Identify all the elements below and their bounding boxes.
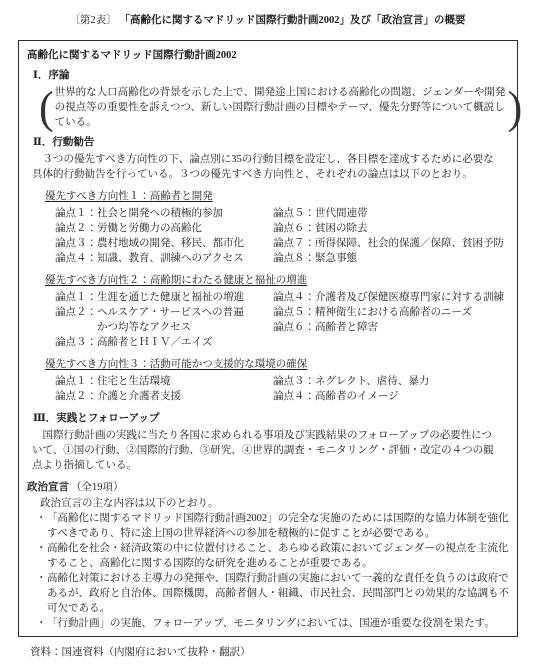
declaration-block: 政治宣言（全19項） 政治宣言の主な内容は以下のとおり。 ・ 「高齢化に関するマ… — [27, 480, 508, 631]
declaration-bullet: ・ 「高齢化に関するマドリッド国際行動計画2002」の完全な実施のためには国際的… — [36, 511, 508, 541]
document-title-text: 「高齢化に関するマドリッド国際行動計画2002」及び「政治宣言」の概要 — [125, 15, 466, 26]
document-title: 〔第2表〕「高齢化に関するマドリッド国際行動計画2002」及び「政治宣言」の概要 — [0, 0, 535, 28]
bullet-marker: ・ — [36, 571, 47, 616]
issue-row: 論点２：労働と労働力の高齢化 論点６：貧困の除去 — [55, 221, 508, 236]
issue-cell-right: 論点５：精神衛生における高齢者のニーズ — [273, 305, 508, 320]
declaration-bullet: ・ 高齢化対策における主導力の発揮や、国際行動計画の実施において一義的な責任を負… — [36, 571, 508, 616]
bullet-text: 高齢化対策における主導力の発揮や、国際行動計画の実施において一義的な責任を負うの… — [47, 571, 511, 616]
document-page: 〔第2表〕「高齢化に関するマドリッド国際行動計画2002」及び「政治宣言」の概要… — [0, 0, 535, 670]
issue-cell-right: 論点５：世代間連帯 — [273, 206, 508, 221]
issue-cell-left: 論点１：住宅と生活環境 — [55, 374, 273, 389]
intro-text: 世界的な人口高齢化の背景を示した上で、開発途上国における高齢化の問題、ジェンダー… — [55, 85, 507, 130]
declaration-heading: 政治宣言（全19項） — [27, 480, 508, 495]
issue-cell-left: 論点２：介護と介護者支援 — [55, 389, 273, 404]
issue-cell-left: かつ均等なアクセス — [55, 320, 273, 335]
issue-cell-right: 論点６：貧困の除去 — [273, 221, 508, 236]
issue-cell-right — [273, 335, 508, 350]
direction-2-heading: 優先すべき方向性２：高齢期にわたる健康と福祉の増進 — [45, 273, 508, 288]
issue-cell-right: 論点６：高齢者と障害 — [273, 320, 508, 335]
issue-cell-right: 論点８：緊急事態 — [273, 251, 508, 266]
issue-cell-right: 論点４：介護者及び保健医療専門家に対する訓練 — [273, 290, 508, 305]
bullet-text: 「高齢化に関するマドリッド国際行動計画2002」の完全な実施のためには国際的な協… — [47, 511, 511, 541]
direction-1-block: 優先すべき方向性１：高齢者と開発 論点１：社会と開発への積極的参加 論点５：世代… — [27, 189, 508, 266]
issue-cell-left: 論点３：農村地域の開発、移民、都市化 — [55, 236, 273, 251]
plan-title: 高齢化に関するマドリッド国際行動計画2002 — [27, 48, 508, 63]
practice-paragraph: 国際行動計画の実践に当たり各国に求められる事項及び実践結果のフォローアップの必要… — [32, 428, 502, 473]
direction-2-block: 優先すべき方向性２：高齢期にわたる健康と福祉の増進 論点１：生涯を通じた健康と福… — [27, 273, 508, 350]
issue-row: 論点１：生涯を通じた健康と福祉の増進 論点４：介護者及び保健医療専門家に対する訓… — [55, 290, 508, 305]
recommendations-paragraph: ３つの優先すべき方向性の下、論点別に35の行動目標を設定し、各目標を達成するため… — [32, 152, 502, 182]
issue-row: 論点３：高齢者とＨＩＶ／エイズ — [55, 335, 508, 350]
section-intro-heading: Ⅰ．序論 — [33, 68, 508, 83]
direction-1-issues: 論点１：社会と開発への積極的参加 論点５：世代間連帯 論点２：労働と労働力の高齢… — [55, 206, 508, 266]
issue-cell-right: 論点４：高齢者のイメージ — [273, 389, 508, 404]
issue-cell-left: 論点２：労働と労働力の高齢化 — [55, 221, 273, 236]
section-practice-heading: Ⅲ．実践とフォローアップ — [33, 411, 508, 426]
issue-cell-right: 論点３：ネグレクト、虐待、暴力 — [273, 374, 508, 389]
issue-cell-left: 論点２：ヘルスケア・サービスへの普遍 — [55, 305, 273, 320]
bullet-marker: ・ — [36, 616, 47, 631]
section-recommendations-heading: Ⅱ．行動勧告 — [33, 135, 508, 150]
bullet-text: 高齢化を社会・経済政策の中に位置付けること、あらゆる政策においてジェンダーの視点… — [47, 541, 511, 571]
issue-row: 論点２：ヘルスケア・サービスへの普遍 論点５：精神衛生における高齢者のニーズ — [55, 305, 508, 320]
bullet-marker: ・ — [36, 541, 47, 571]
issue-cell-left: 論点１：社会と開発への積極的参加 — [55, 206, 273, 221]
declaration-lead: 政治宣言の主な内容は以下のとおり。 — [40, 496, 508, 511]
issue-cell-left: 論点３：高齢者とＨＩＶ／エイズ — [55, 335, 273, 350]
direction-3-block: 優先すべき方向性３：活動可能かつ支援的な環境の確保 論点１：住宅と生活環境 論点… — [27, 357, 508, 404]
bullet-marker: ・ — [36, 511, 47, 541]
issue-row: かつ均等なアクセス 論点６：高齢者と障害 — [55, 320, 508, 335]
issue-cell-left: 論点１：生涯を通じた健康と福祉の増進 — [55, 290, 273, 305]
declaration-count: （全19項） — [71, 482, 124, 493]
declaration-bullet: ・ 高齢化を社会・経済政策の中に位置付けること、あらゆる政策においてジェンダーの… — [36, 541, 508, 571]
table-number-label: 〔第2表〕 — [69, 15, 116, 26]
issue-row: 論点２：介護と介護者支援 論点４：高齢者のイメージ — [55, 389, 508, 404]
issue-cell-left: 論点４：知識、教育、訓練へのアクセス — [55, 251, 273, 266]
close-paren: ) — [508, 84, 523, 131]
issue-row: 論点４：知識、教育、訓練へのアクセス 論点８：緊急事態 — [55, 251, 508, 266]
issue-row: 論点３：農村地域の開発、移民、都市化 論点７：所得保障、社会的保護／保障、貧困予… — [55, 236, 508, 251]
issue-cell-right: 論点７：所得保障、社会的保護／保障、貧困予防 — [273, 236, 508, 251]
direction-3-issues: 論点１：住宅と生活環境 論点３：ネグレクト、虐待、暴力 論点２：介護と介護者支援… — [55, 374, 508, 404]
direction-1-heading: 優先すべき方向性１：高齢者と開発 — [45, 189, 508, 204]
issue-row: 論点１：住宅と生活環境 論点３：ネグレクト、虐待、暴力 — [55, 374, 508, 389]
open-paren: ( — [39, 84, 54, 131]
summary-box: 高齢化に関するマドリッド国際行動計画2002 Ⅰ．序論 ( 世界的な人口高齢化の… — [18, 40, 518, 637]
source-note: 資料：国連資料（内閣府において抜粋・翻訳） — [30, 645, 535, 660]
issue-row: 論点１：社会と開発への積極的参加 論点５：世代間連帯 — [55, 206, 508, 221]
bullet-text: 「行動計画」の実施、フォローアップ、モニタリングにおいては、国連が重要な役割を果… — [47, 616, 511, 631]
intro-paragraph: ( 世界的な人口高齢化の背景を示した上で、開発途上国における高齢化の問題、ジェン… — [39, 85, 508, 130]
direction-2-issues: 論点１：生涯を通じた健康と福祉の増進 論点４：介護者及び保健医療専門家に対する訓… — [55, 290, 508, 350]
declaration-bullet: ・ 「行動計画」の実施、フォローアップ、モニタリングにおいては、国連が重要な役割… — [36, 616, 508, 631]
declaration-heading-text: 政治宣言 — [27, 482, 69, 493]
direction-3-heading: 優先すべき方向性３：活動可能かつ支援的な環境の確保 — [45, 357, 508, 372]
